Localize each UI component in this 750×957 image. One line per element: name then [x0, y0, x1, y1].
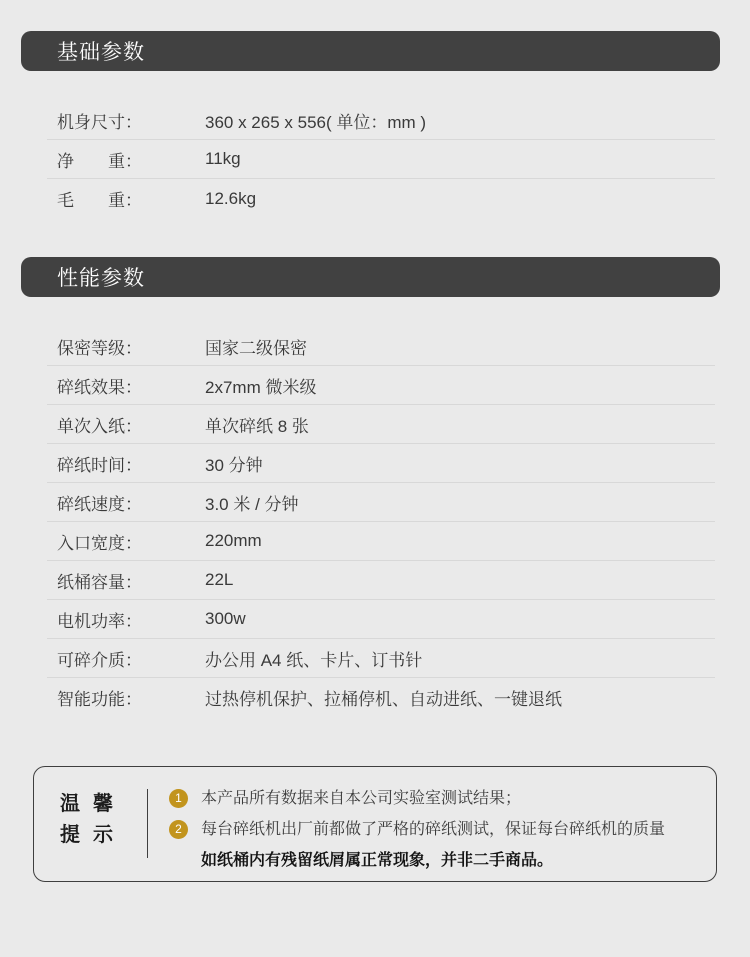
- spec-value: 300w: [205, 609, 246, 629]
- notice-box: 温馨 提示 1 本产品所有数据来自本公司实验室测试结果； 2 每台碎纸机出厂前都…: [33, 766, 717, 882]
- spec-value: 30 分钟: [205, 451, 263, 476]
- spec-label: 纸桶容量：: [47, 568, 205, 593]
- spec-row: 碎纸速度： 3.0 米 / 分钟: [47, 483, 715, 522]
- spec-label: 碎纸速度：: [47, 490, 205, 515]
- spec-row: 碎纸效果： 2x7mm 微米级: [47, 366, 715, 405]
- spec-label: 保密等级：: [47, 334, 205, 359]
- spec-value: 过热停机保护、拉桶停机、自动进纸、一键退纸: [205, 685, 562, 710]
- spec-row: 毛 重： 12.6kg: [47, 179, 715, 218]
- spec-table-basic: 机身尺寸： 360 x 265 x 556( 单位：mm ) 净 重： 11kg…: [47, 101, 715, 218]
- spec-label: 机身尺寸：: [47, 108, 205, 133]
- spec-row: 入口宽度： 220mm: [47, 522, 715, 561]
- notice-item: 1 本产品所有数据来自本公司实验室测试结果；: [169, 789, 709, 809]
- spec-label: 入口宽度：: [47, 529, 205, 554]
- spec-value: 11kg: [205, 149, 241, 169]
- section-header-performance: 性能参数: [21, 257, 720, 297]
- notice-title-line1: 温馨: [60, 789, 126, 820]
- spec-row: 保密等级： 国家二级保密: [47, 327, 715, 366]
- spec-value: 22L: [205, 570, 233, 590]
- spec-row: 碎纸时间： 30 分钟: [47, 444, 715, 483]
- spec-value: 单次碎纸 8 张: [205, 412, 309, 437]
- notice-item: 2 每台碎纸机出厂前都做了严格的碎纸测试，保证每台碎纸机的质量: [169, 820, 709, 840]
- notice-title: 温馨 提示: [60, 789, 126, 851]
- spec-value: 220mm: [205, 531, 262, 551]
- spec-value: 360 x 265 x 556( 单位：mm ): [205, 108, 426, 133]
- section-header-basic: 基础参数: [21, 31, 720, 71]
- spec-row: 可碎介质： 办公用 A4 纸、卡片、订书针: [47, 639, 715, 678]
- spec-label: 净 重：: [47, 147, 205, 172]
- notice-item-text: 本产品所有数据来自本公司实验室测试结果；: [201, 789, 521, 809]
- spec-row: 机身尺寸： 360 x 265 x 556( 单位：mm ): [47, 101, 715, 140]
- spec-table-performance: 保密等级： 国家二级保密 碎纸效果： 2x7mm 微米级 单次入纸： 单次碎纸 …: [47, 327, 715, 717]
- section-title: 性能参数: [57, 262, 145, 292]
- notice-bold-text: 如纸桶内有残留纸屑属正常现象，并非二手商品。: [201, 851, 711, 871]
- spec-label: 电机功率：: [47, 607, 205, 632]
- spec-label: 单次入纸：: [47, 412, 205, 437]
- spec-row: 智能功能： 过热停机保护、拉桶停机、自动进纸、一键退纸: [47, 678, 715, 717]
- spec-value: 3.0 米 / 分钟: [205, 490, 299, 515]
- item-number-badge: 2: [169, 820, 188, 839]
- spec-label: 可碎介质：: [47, 646, 205, 671]
- spec-label: 毛 重：: [47, 186, 205, 211]
- spec-label: 碎纸效果：: [47, 373, 205, 398]
- spec-value: 2x7mm 微米级: [205, 373, 316, 398]
- item-number-badge: 1: [169, 789, 188, 808]
- spec-value: 办公用 A4 纸、卡片、订书针: [205, 646, 422, 671]
- section-title: 基础参数: [57, 36, 145, 66]
- spec-label: 碎纸时间：: [47, 451, 205, 476]
- spec-row: 电机功率： 300w: [47, 600, 715, 639]
- spec-label: 智能功能：: [47, 685, 205, 710]
- spec-row: 单次入纸： 单次碎纸 8 张: [47, 405, 715, 444]
- notice-item-text: 每台碎纸机出厂前都做了严格的碎纸测试，保证每台碎纸机的质量: [201, 820, 665, 840]
- spec-row: 净 重： 11kg: [47, 140, 715, 179]
- spec-row: 纸桶容量： 22L: [47, 561, 715, 600]
- notice-title-line2: 提示: [60, 820, 126, 851]
- spec-value: 国家二级保密: [205, 334, 307, 359]
- notice-divider: [147, 789, 148, 858]
- spec-value: 12.6kg: [205, 189, 256, 209]
